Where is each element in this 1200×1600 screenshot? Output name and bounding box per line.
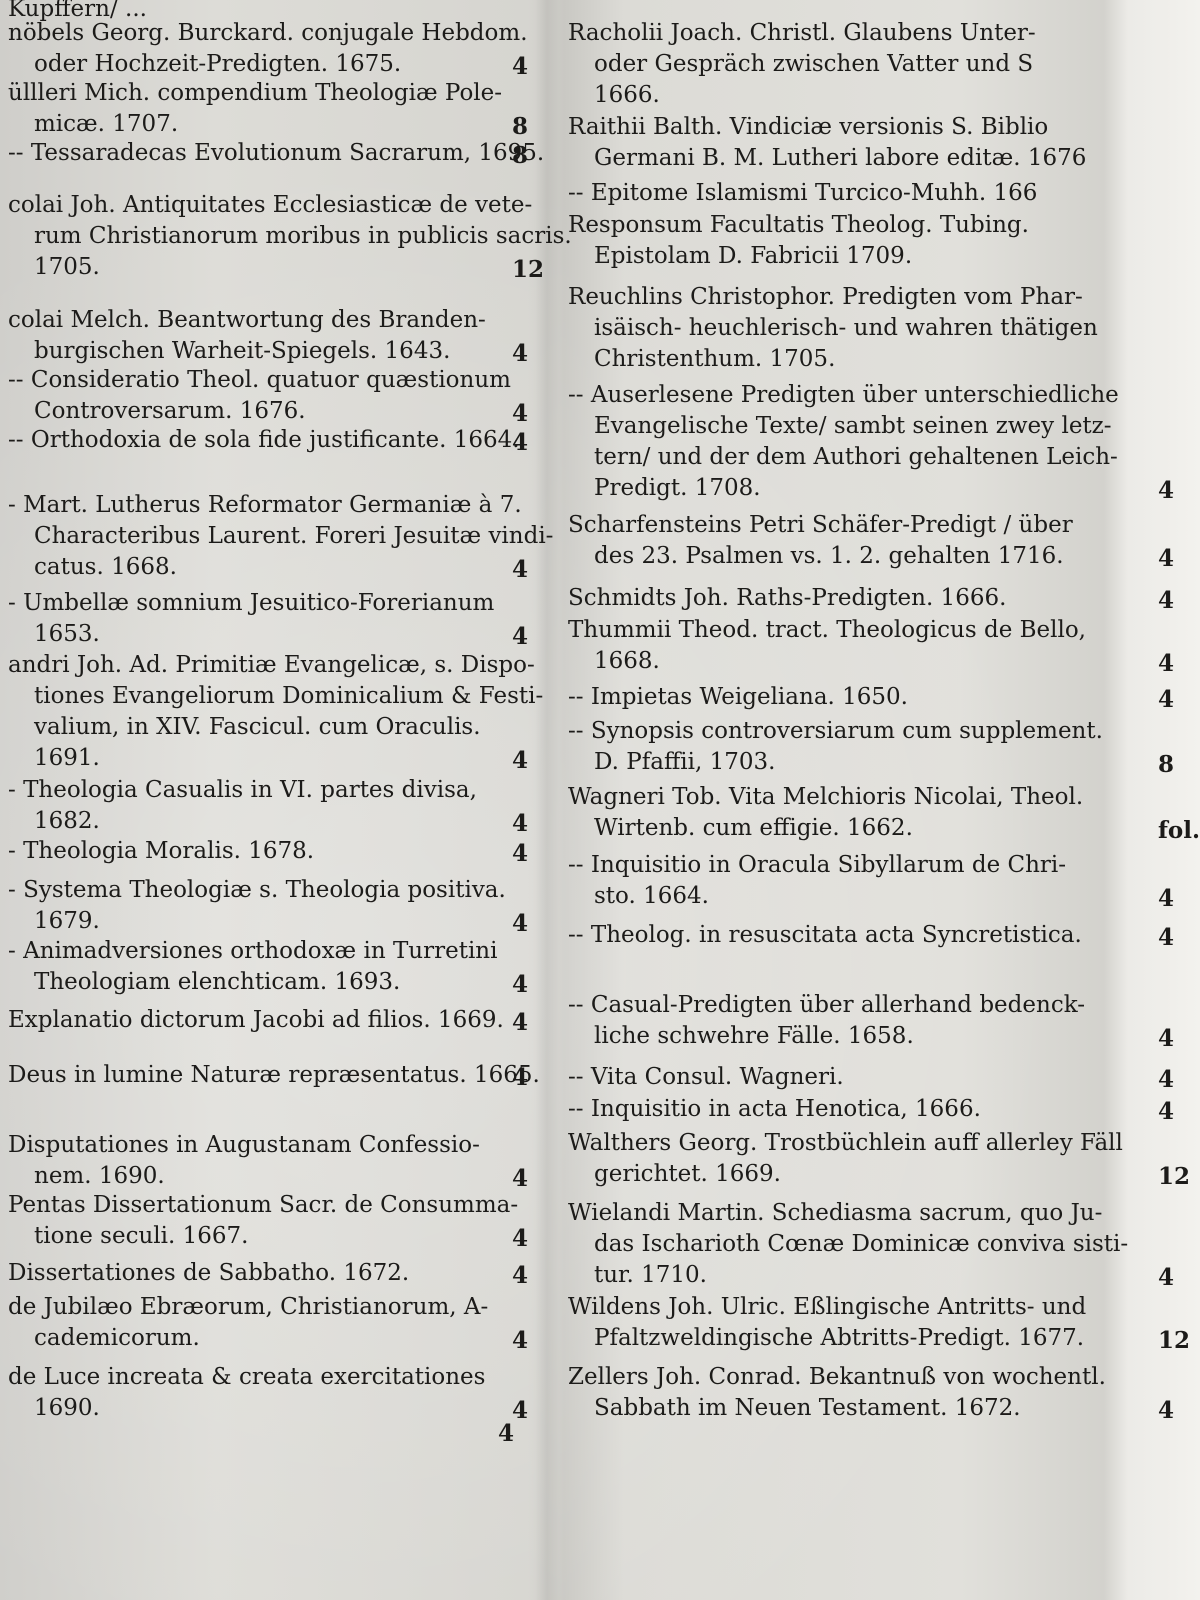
entry-line: rum Christianorum moribus in publicis sa… — [8, 221, 572, 252]
entry-line: Evangelische Texte/ sambt seinen zwey le… — [568, 411, 1119, 442]
entry-line: isäisch- heuchlerisch- und wahren thätig… — [568, 313, 1098, 344]
entry-line: - Systema Theologiæ s. Theologia positiv… — [8, 875, 506, 906]
entry-line: de Jubilæo Ebræorum, Christianorum, A- — [8, 1292, 488, 1323]
entry-line: oder Gespräch zwischen Vatter und S — [568, 49, 1036, 80]
entry-price: 12 — [1158, 1327, 1190, 1354]
bottom-left-price: 4 — [498, 1420, 514, 1447]
catalogue-entry: Walthers Georg. Trostbüchlein auff aller… — [568, 1128, 1123, 1190]
entry-price: 4 — [512, 971, 528, 998]
entry-price: 4 — [1158, 545, 1174, 572]
entry-line: üllleri Mich. compendium Theologiæ Pole- — [8, 78, 502, 109]
entry-line: das Ischarioth Cœnæ Dominicæ conviva sis… — [568, 1229, 1128, 1260]
entry-line: - Mart. Lutherus Reformator Germaniæ à 7… — [8, 490, 553, 521]
entry-line: liche schwehre Fälle. 1658. — [568, 1021, 1085, 1052]
entry-line: Thummii Theod. tract. Theologicus de Bel… — [568, 615, 1086, 646]
catalogue-entry: Wielandi Martin. Schediasma sacrum, quo … — [568, 1198, 1128, 1291]
entry-line: -- Epitome Islamismi Turcico-Muhh. 166 — [568, 178, 1037, 209]
entry-line: Responsum Facultatis Theolog. Tubing. — [568, 210, 1029, 241]
entry-line: Schmidts Joh. Raths-Predigten. 1666. — [568, 583, 1006, 614]
entry-line: Controversarum. 1676. — [8, 396, 511, 427]
catalogue-entry: de Luce increata & creata exercitationes… — [8, 1362, 485, 1424]
entry-price: 8 — [512, 113, 528, 140]
entry-price: 12 — [1158, 1163, 1190, 1190]
entry-price: 4 — [512, 1165, 528, 1192]
entry-price: 12 — [512, 256, 544, 283]
catalogue-entry: -- Inquisitio in acta Henotica, 1666. — [568, 1094, 981, 1125]
entry-line: burgischen Warheit-Spiegels. 1643. — [8, 336, 486, 367]
catalogue-entry: Explanatio dictorum Jacobi ad filios. 16… — [8, 1005, 504, 1036]
entry-line: colai Melch. Beantwortung des Branden- — [8, 305, 486, 336]
catalogue-entry: -- Consideratio Theol. quatuor quæstionu… — [8, 365, 511, 427]
entry-line: Wirtenb. cum effigie. 1662. — [568, 813, 1083, 844]
entry-line: 1705. — [8, 252, 572, 283]
entry-line: Explanatio dictorum Jacobi ad filios. 16… — [8, 1005, 504, 1036]
catalogue-entry: Wildens Joh. Ulric. Eßlingische Antritts… — [568, 1292, 1086, 1354]
entry-line: -- Auserlesene Predigten über unterschie… — [568, 380, 1119, 411]
entry-price: 4 — [1158, 1264, 1174, 1291]
entry-price: 4 — [512, 1262, 528, 1289]
entry-line: -- Inquisitio in acta Henotica, 1666. — [568, 1094, 981, 1125]
entry-line: -- Theolog. in resuscitata acta Syncreti… — [568, 920, 1082, 951]
entry-line: -- Tessaradecas Evolutionum Sacrarum, 16… — [8, 138, 544, 169]
entry-line: Pentas Dissertationum Sacr. de Consumma- — [8, 1190, 518, 1221]
entry-line: 1691. — [8, 743, 543, 774]
entry-price: 4 — [512, 840, 528, 867]
entry-line: Deus in lumine Naturæ repræsentatus. 166… — [8, 1060, 540, 1091]
catalogue-entry: -- Casual-Predigten über allerhand beden… — [568, 990, 1085, 1052]
catalogue-entry: - Systema Theologiæ s. Theologia positiv… — [8, 875, 506, 937]
catalogue-entry: -- Inquisitio in Oracula Sibyllarum de C… — [568, 850, 1066, 912]
entry-price: 4 — [1158, 1066, 1174, 1093]
entry-line: Racholii Joach. Christl. Glaubens Unter- — [568, 18, 1036, 49]
catalogue-entry: -- Vita Consul. Wagneri. — [568, 1062, 844, 1093]
entry-line: Predigt. 1708. — [568, 473, 1119, 504]
entry-price: 4 — [1158, 885, 1174, 912]
entry-line: 1682. — [8, 806, 477, 837]
catalogue-entry: de Jubilæo Ebræorum, Christianorum, A-ca… — [8, 1292, 488, 1354]
entry-price: 4 — [1158, 650, 1174, 677]
catalogue-entry: Zellers Joh. Conrad. Bekantnuß von woche… — [568, 1362, 1106, 1424]
catalogue-entry: Wagneri Tob. Vita Melchioris Nicolai, Th… — [568, 782, 1083, 844]
catalogue-entry: nöbels Georg. Burckard. conjugale Hebdom… — [8, 18, 528, 80]
entry-line: tione seculi. 1667. — [8, 1221, 518, 1252]
entry-line: - Theologia Moralis. 1678. — [8, 836, 314, 867]
catalogue-entry: Dissertationes de Sabbatho. 1672. — [8, 1258, 409, 1289]
entry-line: des 23. Psalmen vs. 1. 2. gehalten 1716. — [568, 541, 1073, 572]
entry-line: 1668. — [568, 646, 1086, 677]
entry-line: gerichtet. 1669. — [568, 1159, 1123, 1190]
entry-line: catus. 1668. — [8, 552, 553, 583]
entry-line: Walthers Georg. Trostbüchlein auff aller… — [568, 1128, 1123, 1159]
entry-line: Wildens Joh. Ulric. Eßlingische Antritts… — [568, 1292, 1086, 1323]
entry-line: colai Joh. Antiquitates Ecclesiasticæ de… — [8, 190, 572, 221]
entry-line: D. Pfaffii, 1703. — [568, 747, 1103, 778]
entry-line: Theologiam elenchticam. 1693. — [8, 967, 497, 998]
catalogue-entry: - Theologia Casualis in VI. partes divis… — [8, 775, 477, 837]
entry-line: Reuchlins Christophor. Predigten vom Pha… — [568, 282, 1098, 313]
entry-price: 4 — [512, 1064, 528, 1091]
entry-price: 4 — [1158, 686, 1174, 713]
entry-price: 4 — [512, 400, 528, 427]
entry-line: nem. 1690. — [8, 1161, 480, 1192]
entry-price: 4 — [1158, 924, 1174, 951]
catalogue-entry: -- Epitome Islamismi Turcico-Muhh. 166 — [568, 178, 1037, 209]
catalogue-entry: Deus in lumine Naturæ repræsentatus. 166… — [8, 1060, 540, 1091]
catalogue-entry: colai Joh. Antiquitates Ecclesiasticæ de… — [8, 190, 572, 283]
catalogue-entry: Scharfensteins Petri Schäfer-Predigt / ü… — [568, 510, 1073, 572]
entry-line: cademicorum. — [8, 1323, 488, 1354]
catalogue-entry: - Animadversiones orthodoxæ in Turretini… — [8, 936, 497, 998]
entry-line: - Animadversiones orthodoxæ in Turretini — [8, 936, 497, 967]
catalogue-entry: -- Orthodoxia de sola fide justificante.… — [8, 425, 520, 456]
entry-line: valium, in XIV. Fascicul. cum Oraculis. — [8, 712, 543, 743]
catalogue-entry: - Theologia Moralis. 1678. — [8, 836, 314, 867]
entry-price: 4 — [512, 910, 528, 937]
entry-price: 4 — [512, 810, 528, 837]
entry-line: -- Synopsis controversiarum cum suppleme… — [568, 716, 1103, 747]
catalogue-entry: andri Joh. Ad. Primitiæ Evangelicæ, s. D… — [8, 650, 543, 774]
catalogue-entry: Raithii Balth. Vindiciæ versionis S. Bib… — [568, 112, 1086, 174]
entry-price: 4 — [1158, 1098, 1174, 1125]
entry-line: sto. 1664. — [568, 881, 1066, 912]
entry-line: Wagneri Tob. Vita Melchioris Nicolai, Th… — [568, 782, 1083, 813]
entry-line: Raithii Balth. Vindiciæ versionis S. Bib… — [568, 112, 1086, 143]
entry-line: Germani B. M. Lutheri labore editæ. 1676 — [568, 143, 1086, 174]
entry-line: Scharfensteins Petri Schäfer-Predigt / ü… — [568, 510, 1073, 541]
catalogue-entry: -- Tessaradecas Evolutionum Sacrarum, 16… — [8, 138, 544, 169]
catalogue-entry: Reuchlins Christophor. Predigten vom Pha… — [568, 282, 1098, 375]
catalogue-entry: -- Impietas Weigeliana. 1650. — [568, 682, 908, 713]
entry-line: Sabbath im Neuen Testament. 1672. — [568, 1393, 1106, 1424]
entry-price: 4 — [512, 747, 528, 774]
entry-line: Dissertationes de Sabbatho. 1672. — [8, 1258, 409, 1289]
entry-line: Wielandi Martin. Schediasma sacrum, quo … — [568, 1198, 1128, 1229]
entry-line: Zellers Joh. Conrad. Bekantnuß von woche… — [568, 1362, 1106, 1393]
entry-price: 4 — [512, 429, 528, 456]
entry-price: 8 — [1158, 751, 1174, 778]
entry-line: - Theologia Casualis in VI. partes divis… — [8, 775, 477, 806]
entry-price: 4 — [512, 1009, 528, 1036]
entry-line: tern/ und der dem Authori gehaltenen Lei… — [568, 442, 1119, 473]
entry-line: 1690. — [8, 1393, 485, 1424]
entry-line: de Luce increata & creata exercitationes — [8, 1362, 485, 1393]
catalogue-entry: - Umbellæ somnium Jesuitico-Forerianum16… — [8, 588, 494, 650]
catalogue-entry: -- Auserlesene Predigten über unterschie… — [568, 380, 1119, 504]
catalogue-entry: Pentas Dissertationum Sacr. de Consumma-… — [8, 1190, 518, 1252]
entry-line: Epistolam D. Fabricii 1709. — [568, 241, 1029, 272]
catalogue-entry: - Mart. Lutherus Reformator Germaniæ à 7… — [8, 490, 553, 583]
entry-price: 4 — [1158, 477, 1174, 504]
entry-line: -- Vita Consul. Wagneri. — [568, 1062, 844, 1093]
catalogue-entry: Responsum Facultatis Theolog. Tubing.Epi… — [568, 210, 1029, 272]
entry-price: 4 — [1158, 1397, 1174, 1424]
entry-line: Characteribus Laurent. Foreri Jesuitæ vi… — [8, 521, 553, 552]
catalogue-entry: Racholii Joach. Christl. Glaubens Unter-… — [568, 18, 1036, 111]
entry-line: nöbels Georg. Burckard. conjugale Hebdom… — [8, 18, 528, 49]
entry-line: -- Casual-Predigten über allerhand beden… — [568, 990, 1085, 1021]
entry-line: tur. 1710. — [568, 1260, 1128, 1291]
entry-line: -- Orthodoxia de sola fide justificante.… — [8, 425, 520, 456]
entry-price: 4 — [512, 1397, 528, 1424]
entry-price: 4 — [512, 556, 528, 583]
entry-price: fol. — [1158, 817, 1200, 844]
entry-line: oder Hochzeit-Predigten. 1675. — [8, 49, 528, 80]
entry-line: Disputationes in Augustanam Confessio- — [8, 1130, 480, 1161]
entry-price: 4 — [512, 53, 528, 80]
entry-line: -- Impietas Weigeliana. 1650. — [568, 682, 908, 713]
entry-line: Christenthum. 1705. — [568, 344, 1098, 375]
entry-price: 4 — [512, 340, 528, 367]
entry-price: 4 — [1158, 1025, 1174, 1052]
entry-price: 8 — [512, 142, 528, 169]
entry-price: 4 — [512, 1225, 528, 1252]
entry-price: 4 — [512, 1327, 528, 1354]
entry-line: -- Consideratio Theol. quatuor quæstionu… — [8, 365, 511, 396]
catalogue-entry: Thummii Theod. tract. Theologicus de Bel… — [568, 615, 1086, 677]
entry-line: Pfaltzweldingische Abtritts-Predigt. 167… — [568, 1323, 1086, 1354]
catalogue-entry: Disputationes in Augustanam Confessio-ne… — [8, 1130, 480, 1192]
catalogue-entry: -- Synopsis controversiarum cum suppleme… — [568, 716, 1103, 778]
entry-price: 4 — [1158, 587, 1174, 614]
entry-line: - Umbellæ somnium Jesuitico-Forerianum — [8, 588, 494, 619]
entry-line: 1653. — [8, 619, 494, 650]
entry-line: micæ. 1707. — [8, 109, 502, 140]
catalogue-entry: colai Melch. Beantwortung des Branden-bu… — [8, 305, 486, 367]
entry-line: andri Joh. Ad. Primitiæ Evangelicæ, s. D… — [8, 650, 543, 681]
catalogue-entry: üllleri Mich. compendium Theologiæ Pole-… — [8, 78, 502, 140]
catalogue-entry: -- Theolog. in resuscitata acta Syncreti… — [568, 920, 1082, 951]
entry-line: 1679. — [8, 906, 506, 937]
page-edge — [1140, 0, 1200, 1600]
entry-line: -- Inquisitio in Oracula Sibyllarum de C… — [568, 850, 1066, 881]
entry-line: 1666. — [568, 80, 1036, 111]
entry-line: tiones Evangeliorum Dominicalium & Festi… — [8, 681, 543, 712]
catalogue-entry: Schmidts Joh. Raths-Predigten. 1666. — [568, 583, 1006, 614]
entry-price: 4 — [512, 623, 528, 650]
